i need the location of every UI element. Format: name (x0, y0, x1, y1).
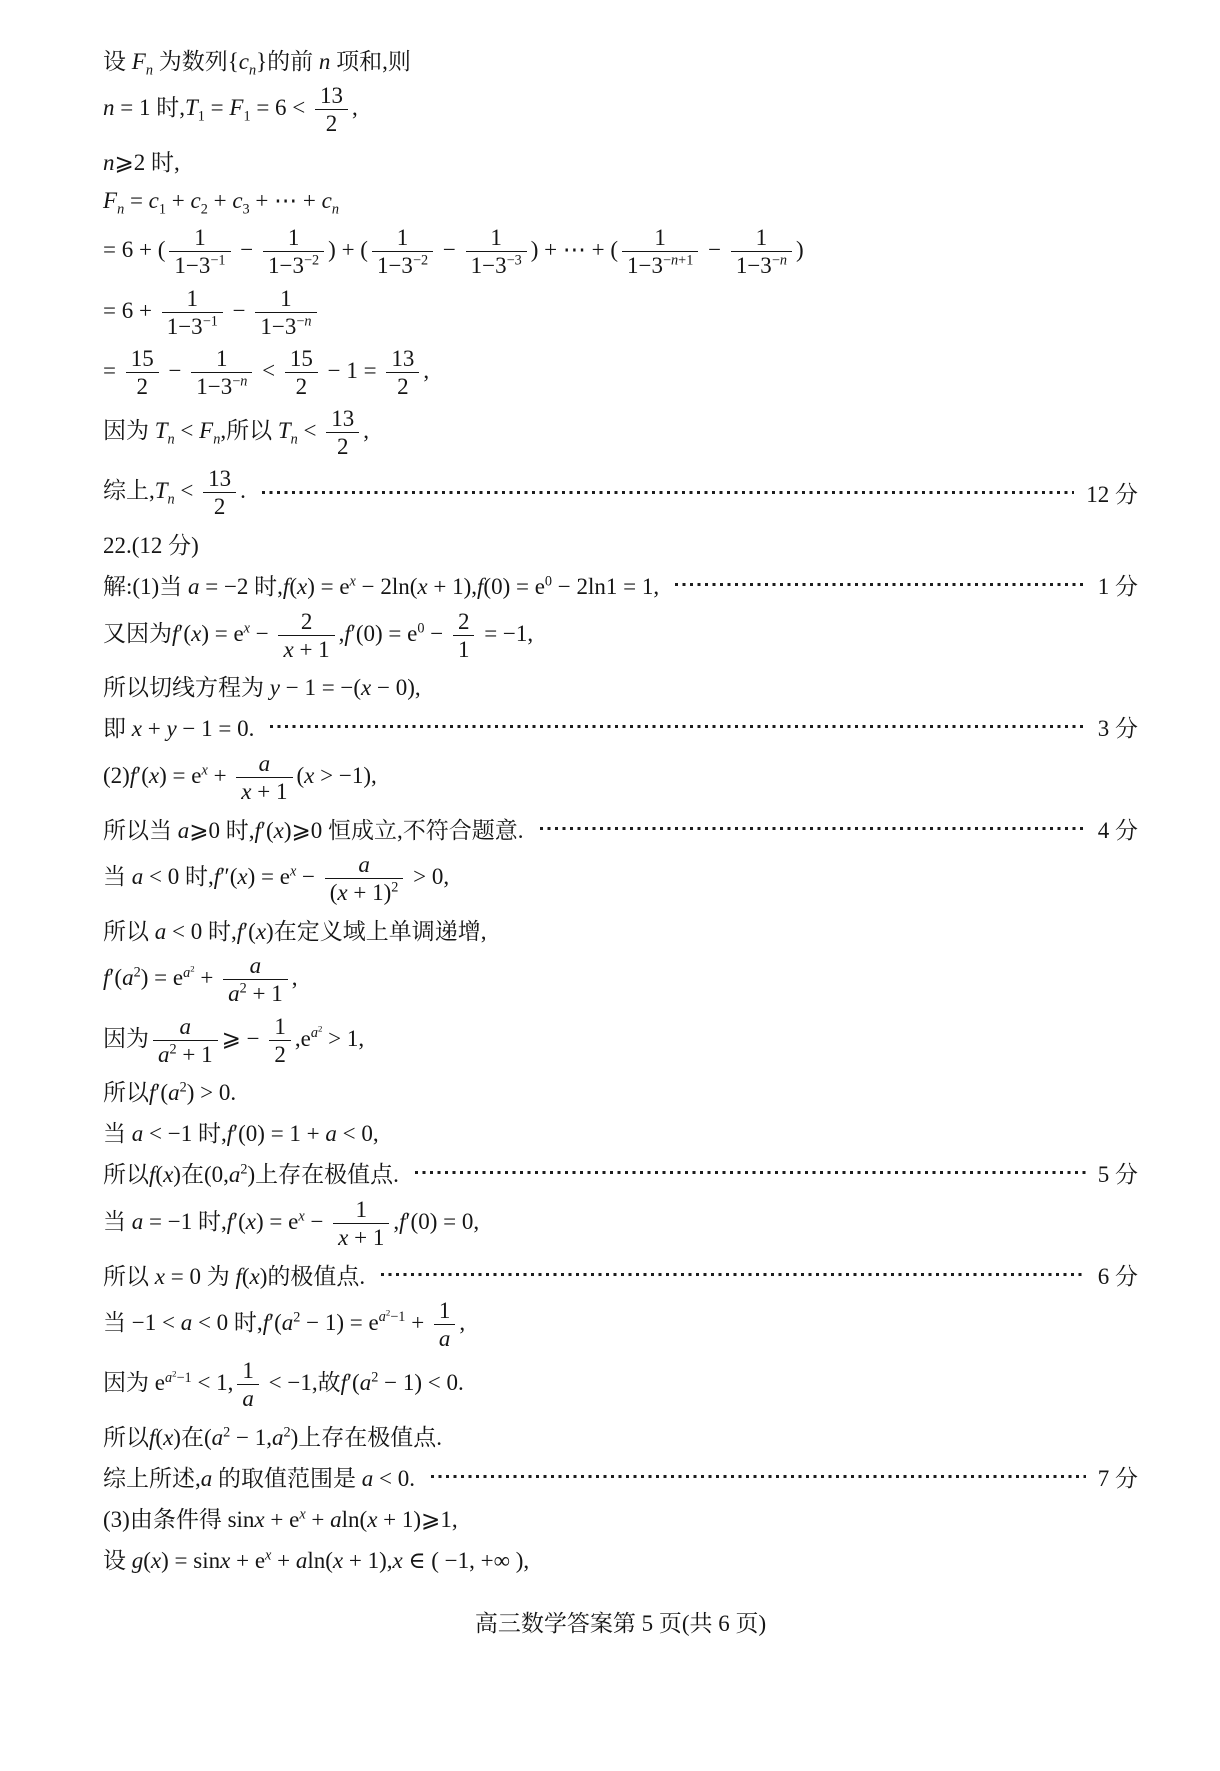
fraction: 11−3−n (255, 285, 316, 340)
fraction: 132 (203, 465, 236, 520)
math-line-25: 所以 x = 0 为 f(x)的极值点.6 分 (103, 1254, 1138, 1294)
math-line-19: f′(a2) = ea2 + aa2 + 1, (103, 950, 1138, 1009)
math-content: 因为 ea2−1 < 1,1a < −1,故f′(a2 − 1) < 0. (103, 1355, 464, 1414)
math-line-6: = 6 + 11−3−1 − 11−3−n (103, 283, 1138, 342)
math-content: 22.(12 分) (103, 527, 199, 560)
fraction: 132 (386, 345, 419, 400)
math-line-24: 当 a = −1 时,f′(x) = ex − 1x + 1,f′(0) = 0… (103, 1194, 1138, 1253)
fraction: 11−3−2 (372, 224, 433, 279)
math-line-3: n⩾2 时, (103, 140, 1138, 180)
page-footer: 高三数学答案第 5 页(共 6 页) (103, 1605, 1138, 1638)
math-content: 所以f′(a2) > 0. (103, 1074, 236, 1107)
math-line-28: 所以f(x)在(a2 − 1,a2)上存在极值点. (103, 1416, 1138, 1456)
math-content: 因为aa2 + 1⩾ − 12,ea2 > 1, (103, 1011, 364, 1070)
math-content: 所以切线方程为 y − 1 = −(x − 0), (103, 669, 421, 702)
math-line-20: 因为aa2 + 1⩾ − 12,ea2 > 1, (103, 1011, 1138, 1070)
dotted-leader (381, 1273, 1086, 1276)
dotted-leader (270, 725, 1085, 728)
math-line-21: 所以f′(a2) > 0. (103, 1071, 1138, 1111)
math-line-14: 即 x + y − 1 = 0.3 分 (103, 707, 1138, 747)
dotted-leader (675, 583, 1086, 586)
math-content: 解:(1)当 a = −2 时,f(x) = ex − 2ln(x + 1),f… (103, 568, 659, 601)
math-content: 综上所述,a 的取值范围是 a < 0. (103, 1460, 415, 1493)
fraction: 11−3−1 (162, 285, 223, 340)
fraction: 152 (126, 345, 159, 400)
math-content: 所以f(x)在(0,a2)上存在极值点. (103, 1156, 399, 1189)
math-line-27: 因为 ea2−1 < 1,1a < −1,故f′(a2 − 1) < 0. (103, 1355, 1138, 1414)
fraction: 21 (453, 608, 475, 663)
math-content: 所以f(x)在(a2 − 1,a2)上存在极值点. (103, 1419, 442, 1452)
math-content: = 6 + 11−3−1 − 11−3−n (103, 283, 321, 342)
math-line-17: 当 a < 0 时,f″(x) = ex − a(x + 1)2 > 0, (103, 849, 1138, 908)
fraction: 1x + 1 (333, 1196, 389, 1251)
fraction: 11−3−2 (263, 224, 324, 279)
math-line-13: 所以切线方程为 y − 1 = −(x − 0), (103, 666, 1138, 706)
fraction: 11−3−3 (466, 224, 527, 279)
math-content: = 6 + (11−3−1 − 11−3−2) + (11−3−2 − 11−3… (103, 222, 804, 281)
fraction: aa2 + 1 (223, 952, 288, 1007)
math-content: (2)f′(x) = ex + ax + 1(x > −1), (103, 748, 377, 807)
fraction: 132 (315, 82, 348, 137)
dotted-leader (262, 491, 1074, 494)
fraction: 1a (237, 1357, 259, 1412)
math-content: 当 a < 0 时,f″(x) = ex − a(x + 1)2 > 0, (103, 849, 449, 908)
math-content: 当 −1 < a < 0 时,f′(a2 − 1) = ea2−1 + 1a, (103, 1295, 465, 1354)
fraction: 11−3−1 (169, 224, 230, 279)
score-marker: 4 分 (1098, 812, 1138, 845)
math-content: n⩾2 时, (103, 144, 180, 177)
score-marker: 6 分 (1098, 1258, 1138, 1291)
math-content: (3)由条件得 sinx + ex + aln(x + 1)⩾1, (103, 1501, 458, 1534)
fraction: 11−3−n+1 (622, 224, 698, 279)
math-content: = 152 − 11−3−n < 152 − 1 = 132, (103, 343, 429, 402)
fraction: ax + 1 (236, 750, 292, 805)
math-line-11: 解:(1)当 a = −2 时,f(x) = ex − 2ln(x + 1),f… (103, 565, 1138, 605)
score-marker: 3 分 (1098, 710, 1138, 743)
dotted-leader (415, 1171, 1086, 1174)
math-content: 当 a < −1 时,f′(0) = 1 + a < 0, (103, 1115, 379, 1148)
score-marker: 1 分 (1098, 568, 1138, 601)
math-line-5: = 6 + (11−3−1 − 11−3−2) + (11−3−2 − 11−3… (103, 222, 1138, 281)
score-marker: 12 分 (1086, 476, 1138, 509)
math-line-7: = 152 − 11−3−n < 152 − 1 = 132, (103, 343, 1138, 402)
math-line-23: 所以f(x)在(0,a2)上存在极值点.5 分 (103, 1153, 1138, 1193)
dotted-leader (431, 1475, 1086, 1478)
math-line-30: (3)由条件得 sinx + ex + aln(x + 1)⩾1, (103, 1498, 1138, 1538)
fraction: 12 (269, 1013, 291, 1068)
fraction: 11−3−n (191, 345, 252, 400)
math-content: n = 1 时,T1 = F1 = 6 < 132, (103, 80, 358, 139)
math-line-31: 设 g(x) = sinx + ex + aln(x + 1),x ∈ ( −1… (103, 1539, 1138, 1579)
math-content: 所以当 a⩾0 时,f′(x)⩾0 恒成立,不符合题意. (103, 812, 524, 845)
score-marker: 5 分 (1098, 1156, 1138, 1189)
math-content: 又因为f′(x) = ex − 2x + 1,f′(0) = e0 − 21 =… (103, 606, 533, 665)
math-content: 设 g(x) = sinx + ex + aln(x + 1),x ∈ ( −1… (103, 1542, 529, 1575)
solution-lines: 设 Fn 为数列{cn}的前 n 项和,则n = 1 时,T1 = F1 = 6… (103, 39, 1138, 1579)
math-content: 当 a = −1 时,f′(x) = ex − 1x + 1,f′(0) = 0… (103, 1194, 479, 1253)
math-line-2: n = 1 时,T1 = F1 = 6 < 132, (103, 80, 1138, 139)
fraction: aa2 + 1 (153, 1013, 218, 1068)
math-line-4: Fn = c1 + c2 + c3 + ⋯ + cn (103, 181, 1138, 221)
dotted-leader (540, 827, 1086, 830)
fraction: 1a (434, 1297, 456, 1352)
math-line-15: (2)f′(x) = ex + ax + 1(x > −1), (103, 748, 1138, 807)
fraction: a(x + 1)2 (325, 851, 404, 906)
math-content: 综上,Tn < 132. (103, 463, 246, 522)
math-content: Fn = c1 + c2 + c3 + ⋯ + cn (103, 188, 339, 214)
math-line-12: 又因为f′(x) = ex − 2x + 1,f′(0) = e0 − 21 =… (103, 606, 1138, 665)
score-marker: 7 分 (1098, 1460, 1138, 1493)
math-line-16: 所以当 a⩾0 时,f′(x)⩾0 恒成立,不符合题意.4 分 (103, 808, 1138, 848)
answer-sheet-page: 设 Fn 为数列{cn}的前 n 项和,则n = 1 时,T1 = F1 = 6… (0, 0, 1220, 1771)
math-content: 所以 a < 0 时,f′(x)在定义域上单调递增, (103, 913, 486, 946)
fraction: 152 (285, 345, 318, 400)
math-line-10: 22.(12 分) (103, 524, 1138, 564)
math-content: 即 x + y − 1 = 0. (103, 710, 254, 743)
math-line-26: 当 −1 < a < 0 时,f′(a2 − 1) = ea2−1 + 1a, (103, 1295, 1138, 1354)
math-line-1: 设 Fn 为数列{cn}的前 n 项和,则 (103, 39, 1138, 79)
fraction: 132 (326, 405, 359, 460)
math-line-29: 综上所述,a 的取值范围是 a < 0.7 分 (103, 1457, 1138, 1497)
fraction: 11−3−n (731, 224, 792, 279)
math-content: 因为 Tn < Fn,所以 Tn < 132, (103, 403, 369, 462)
math-line-18: 所以 a < 0 时,f′(x)在定义域上单调递增, (103, 909, 1138, 949)
math-content: 设 Fn 为数列{cn}的前 n 项和,则 (103, 43, 411, 76)
math-content: 所以 x = 0 为 f(x)的极值点. (103, 1258, 365, 1291)
fraction: 2x + 1 (278, 608, 334, 663)
math-line-8: 因为 Tn < Fn,所以 Tn < 132, (103, 403, 1138, 462)
math-content: f′(a2) = ea2 + aa2 + 1, (103, 950, 297, 1009)
math-line-9: 综上,Tn < 132.12 分 (103, 463, 1138, 522)
math-line-22: 当 a < −1 时,f′(0) = 1 + a < 0, (103, 1112, 1138, 1152)
